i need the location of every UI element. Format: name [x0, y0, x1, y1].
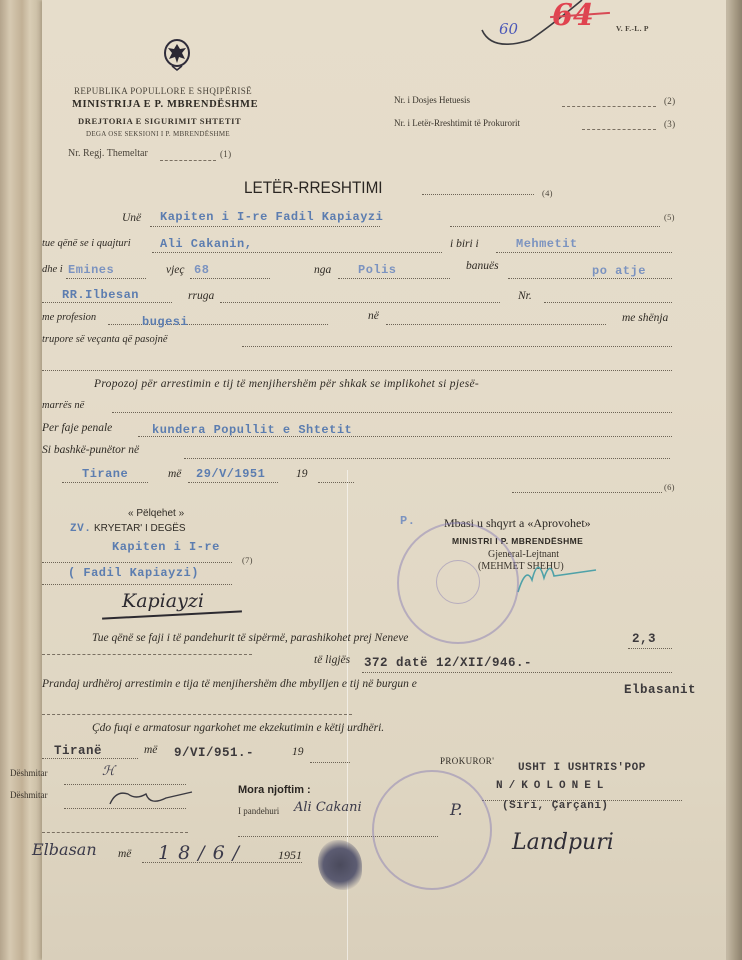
pandehuri-signature: Ali Cakani: [294, 800, 362, 815]
ligjes-value: 372 datë 12/XII/946.-: [364, 656, 532, 670]
left-signature: Kapiayzi: [122, 590, 204, 612]
reg-note: (1): [220, 149, 231, 159]
dhe-label: dhe i: [42, 264, 63, 275]
order-line-4: Çdo fuqi e armatosur ngarkohet me ekzeku…: [92, 722, 384, 734]
ne-label: në: [368, 310, 379, 322]
prosecutor-number-label: Nr. i Letër-Rreshtimit të Prokurorit: [394, 118, 520, 128]
place-field-line[interactable]: [62, 482, 148, 483]
witness1-signature: ℋ: [102, 764, 115, 779]
bottom-year: 1951: [278, 848, 302, 863]
left-dash-line: [42, 654, 252, 655]
witness-bottom-line: [42, 832, 188, 833]
ink-blot: [318, 840, 362, 890]
reg-label: Nr. Regj. Themeltar: [68, 148, 148, 159]
une-label: Unë: [122, 212, 141, 224]
une-note: (5): [664, 212, 675, 222]
prokuror-line3: (Siri, Çarçani): [502, 800, 609, 812]
vjec-value: 68: [194, 263, 209, 277]
rruga-label: rruga: [188, 290, 214, 302]
footer-place-line[interactable]: [42, 758, 138, 759]
p-mark: P.: [400, 514, 415, 528]
org-line-ministry: MINISTRIJA E P. MBRENDËSHME: [72, 99, 258, 110]
biri-value: Mehmetit: [516, 237, 578, 251]
order-dash-line: [42, 714, 352, 715]
reg-field-line[interactable]: [160, 160, 216, 161]
note7: (7): [242, 555, 253, 565]
banues-label: banuës: [466, 260, 499, 272]
vjec-label: vjeç: [166, 264, 185, 276]
pandehuri-label: I pandehuri: [238, 806, 279, 816]
nr-label: Nr.: [518, 290, 532, 302]
signer-name-line[interactable]: [42, 584, 232, 585]
mora-label: Mora njoftim :: [238, 784, 311, 796]
prosecutor-number-note: (3): [664, 119, 675, 129]
profesion-label: me profesion: [42, 312, 96, 323]
footer-year-line[interactable]: [310, 762, 350, 763]
title-note: (4): [542, 188, 553, 198]
bottom-date-handwritten: 18/6/: [158, 842, 247, 864]
title-field-line[interactable]: [422, 194, 534, 195]
ligjes-field-line[interactable]: [362, 672, 672, 673]
burgun-value: Elbasanit: [624, 683, 696, 697]
ministry-stamp-inner: [436, 560, 480, 604]
banues-field-line[interactable]: [508, 278, 672, 279]
file-number-blue: 60: [499, 20, 518, 38]
witness2-label: Dëshmitar: [10, 790, 48, 800]
document-title: LETËR-RRESHTIMI: [244, 178, 383, 198]
note6-field-line[interactable]: [512, 492, 662, 493]
profesion-field-line[interactable]: [108, 324, 328, 325]
me-label: më: [168, 468, 181, 480]
role-label: KRYETAR' I DEGËS: [94, 523, 186, 534]
witness1-field-line[interactable]: [64, 784, 186, 785]
banues-value: po atje: [592, 264, 646, 278]
nga-field-line[interactable]: [338, 278, 450, 279]
rank-field-line[interactable]: [42, 562, 232, 563]
nr-field-line[interactable]: [544, 302, 672, 303]
biri-label: i biri i: [450, 238, 479, 250]
bashke-field-line[interactable]: [184, 458, 670, 459]
vjec-field-line[interactable]: [190, 278, 270, 279]
pelqehet-label: « Pëlqehet »: [128, 508, 184, 519]
role-prefix: ZV.: [70, 523, 91, 535]
note6: (6): [664, 482, 675, 492]
footer-me-label: më: [144, 744, 157, 756]
date-value: 29/V/1951: [196, 467, 265, 481]
quajturi-label: tue qënë se i quajturi: [42, 238, 131, 249]
witness1-label: Dëshmitar: [10, 768, 48, 778]
marres-field-line[interactable]: [112, 412, 672, 413]
nga-label: nga: [314, 264, 331, 276]
case-file-number-label: Nr. i Dosjes Hetuesis: [394, 95, 470, 105]
form-code: V. F.-L. P: [616, 24, 649, 33]
dhe-field-line[interactable]: [66, 278, 146, 279]
faje-value: kundera Popullit e Shtetit: [152, 423, 352, 437]
rruga-field-line[interactable]: [220, 302, 500, 303]
year-field-line[interactable]: [318, 482, 354, 483]
bottom-me-label: më: [118, 848, 131, 860]
profesion-value: bugesi: [142, 315, 188, 329]
faje-label: Per faje penale: [42, 422, 112, 434]
neneve-field-line[interactable]: [628, 648, 672, 649]
order-line-3: Prandaj urdhëroj arrestimin e tija të me…: [42, 678, 417, 690]
org-line-republic: REPUBLIKA POPULLORE E SHQIPËRISË: [74, 86, 252, 96]
prokuror-label: PROKUROR': [440, 756, 494, 766]
marres-label: marrës në: [42, 400, 84, 411]
org-line-branch: DEGA OSE SEKSIONI I P. MBRENDËSHME: [86, 130, 230, 138]
right-shadow-edge: [724, 0, 742, 960]
footer-date: 9/VI/951.-: [174, 746, 254, 760]
eagle-emblem-icon: [162, 38, 192, 72]
dhe-value: Emines: [68, 263, 114, 277]
trupore-label: trupore së veçanta që pasojnë: [42, 334, 168, 345]
year-label: 19: [296, 468, 308, 480]
city-field-line[interactable]: [42, 302, 172, 303]
document-page: REPUBLIKA POPULLORE E SHQIPËRISË MINISTR…: [42, 0, 726, 960]
biri-field-line[interactable]: [496, 252, 672, 253]
quajturi-field-line[interactable]: [152, 252, 442, 253]
une-field-line-2[interactable]: [450, 226, 660, 227]
rank-value: Kapiten i I-re: [112, 540, 220, 554]
date-field-line[interactable]: [188, 482, 278, 483]
neneve-value: 2,3: [632, 632, 656, 646]
place-value: Tirane: [82, 467, 128, 481]
signer-name: ( Fadil Kapiayzi): [68, 566, 199, 580]
propozoj-text: Propozoj për arrestimin e tij të menjihe…: [94, 378, 479, 390]
shenja-label: me shënja: [622, 312, 668, 324]
quajturi-value: Ali Cakanin,: [160, 237, 252, 251]
nga-value: Polis: [358, 263, 397, 277]
prokuror-line1: USHT I USHTRIS'POP: [518, 762, 646, 774]
une-field-line[interactable]: [150, 226, 380, 227]
city-value: RR.Ilbesan: [62, 288, 139, 302]
footer-place: Tiranë: [54, 744, 102, 758]
blank-line-1[interactable]: [42, 370, 672, 371]
prosecutor-stamp: [372, 770, 492, 890]
trupore-field-line[interactable]: [242, 346, 672, 347]
ne-field-line[interactable]: [386, 324, 606, 325]
case-file-number-note: (2): [664, 96, 675, 106]
bashke-label: Si bashkë-punëtor në: [42, 444, 139, 456]
footer-year-label: 19: [292, 746, 304, 758]
org-line-directorate: DREJTORIA E SIGURIMIT SHTETIT: [78, 116, 241, 126]
prosecutor-number-field[interactable]: [582, 129, 656, 130]
bottom-place-handwritten: Elbasan: [32, 840, 97, 859]
prokuror-line2: N/KOLONEL: [496, 780, 609, 792]
une-value: Kapiten i I-re Fadil Kapiayzi: [160, 210, 383, 224]
minister-signature-icon: [512, 556, 602, 596]
order-line-1: Tue qënë se faji i të pandehurit të sipë…: [92, 632, 408, 644]
case-file-number-field[interactable]: [562, 106, 656, 107]
prokuror-signature: Landpuri: [512, 830, 614, 855]
ligjes-label: të ligjës: [314, 654, 350, 666]
witness2-signature-icon: [106, 786, 196, 810]
